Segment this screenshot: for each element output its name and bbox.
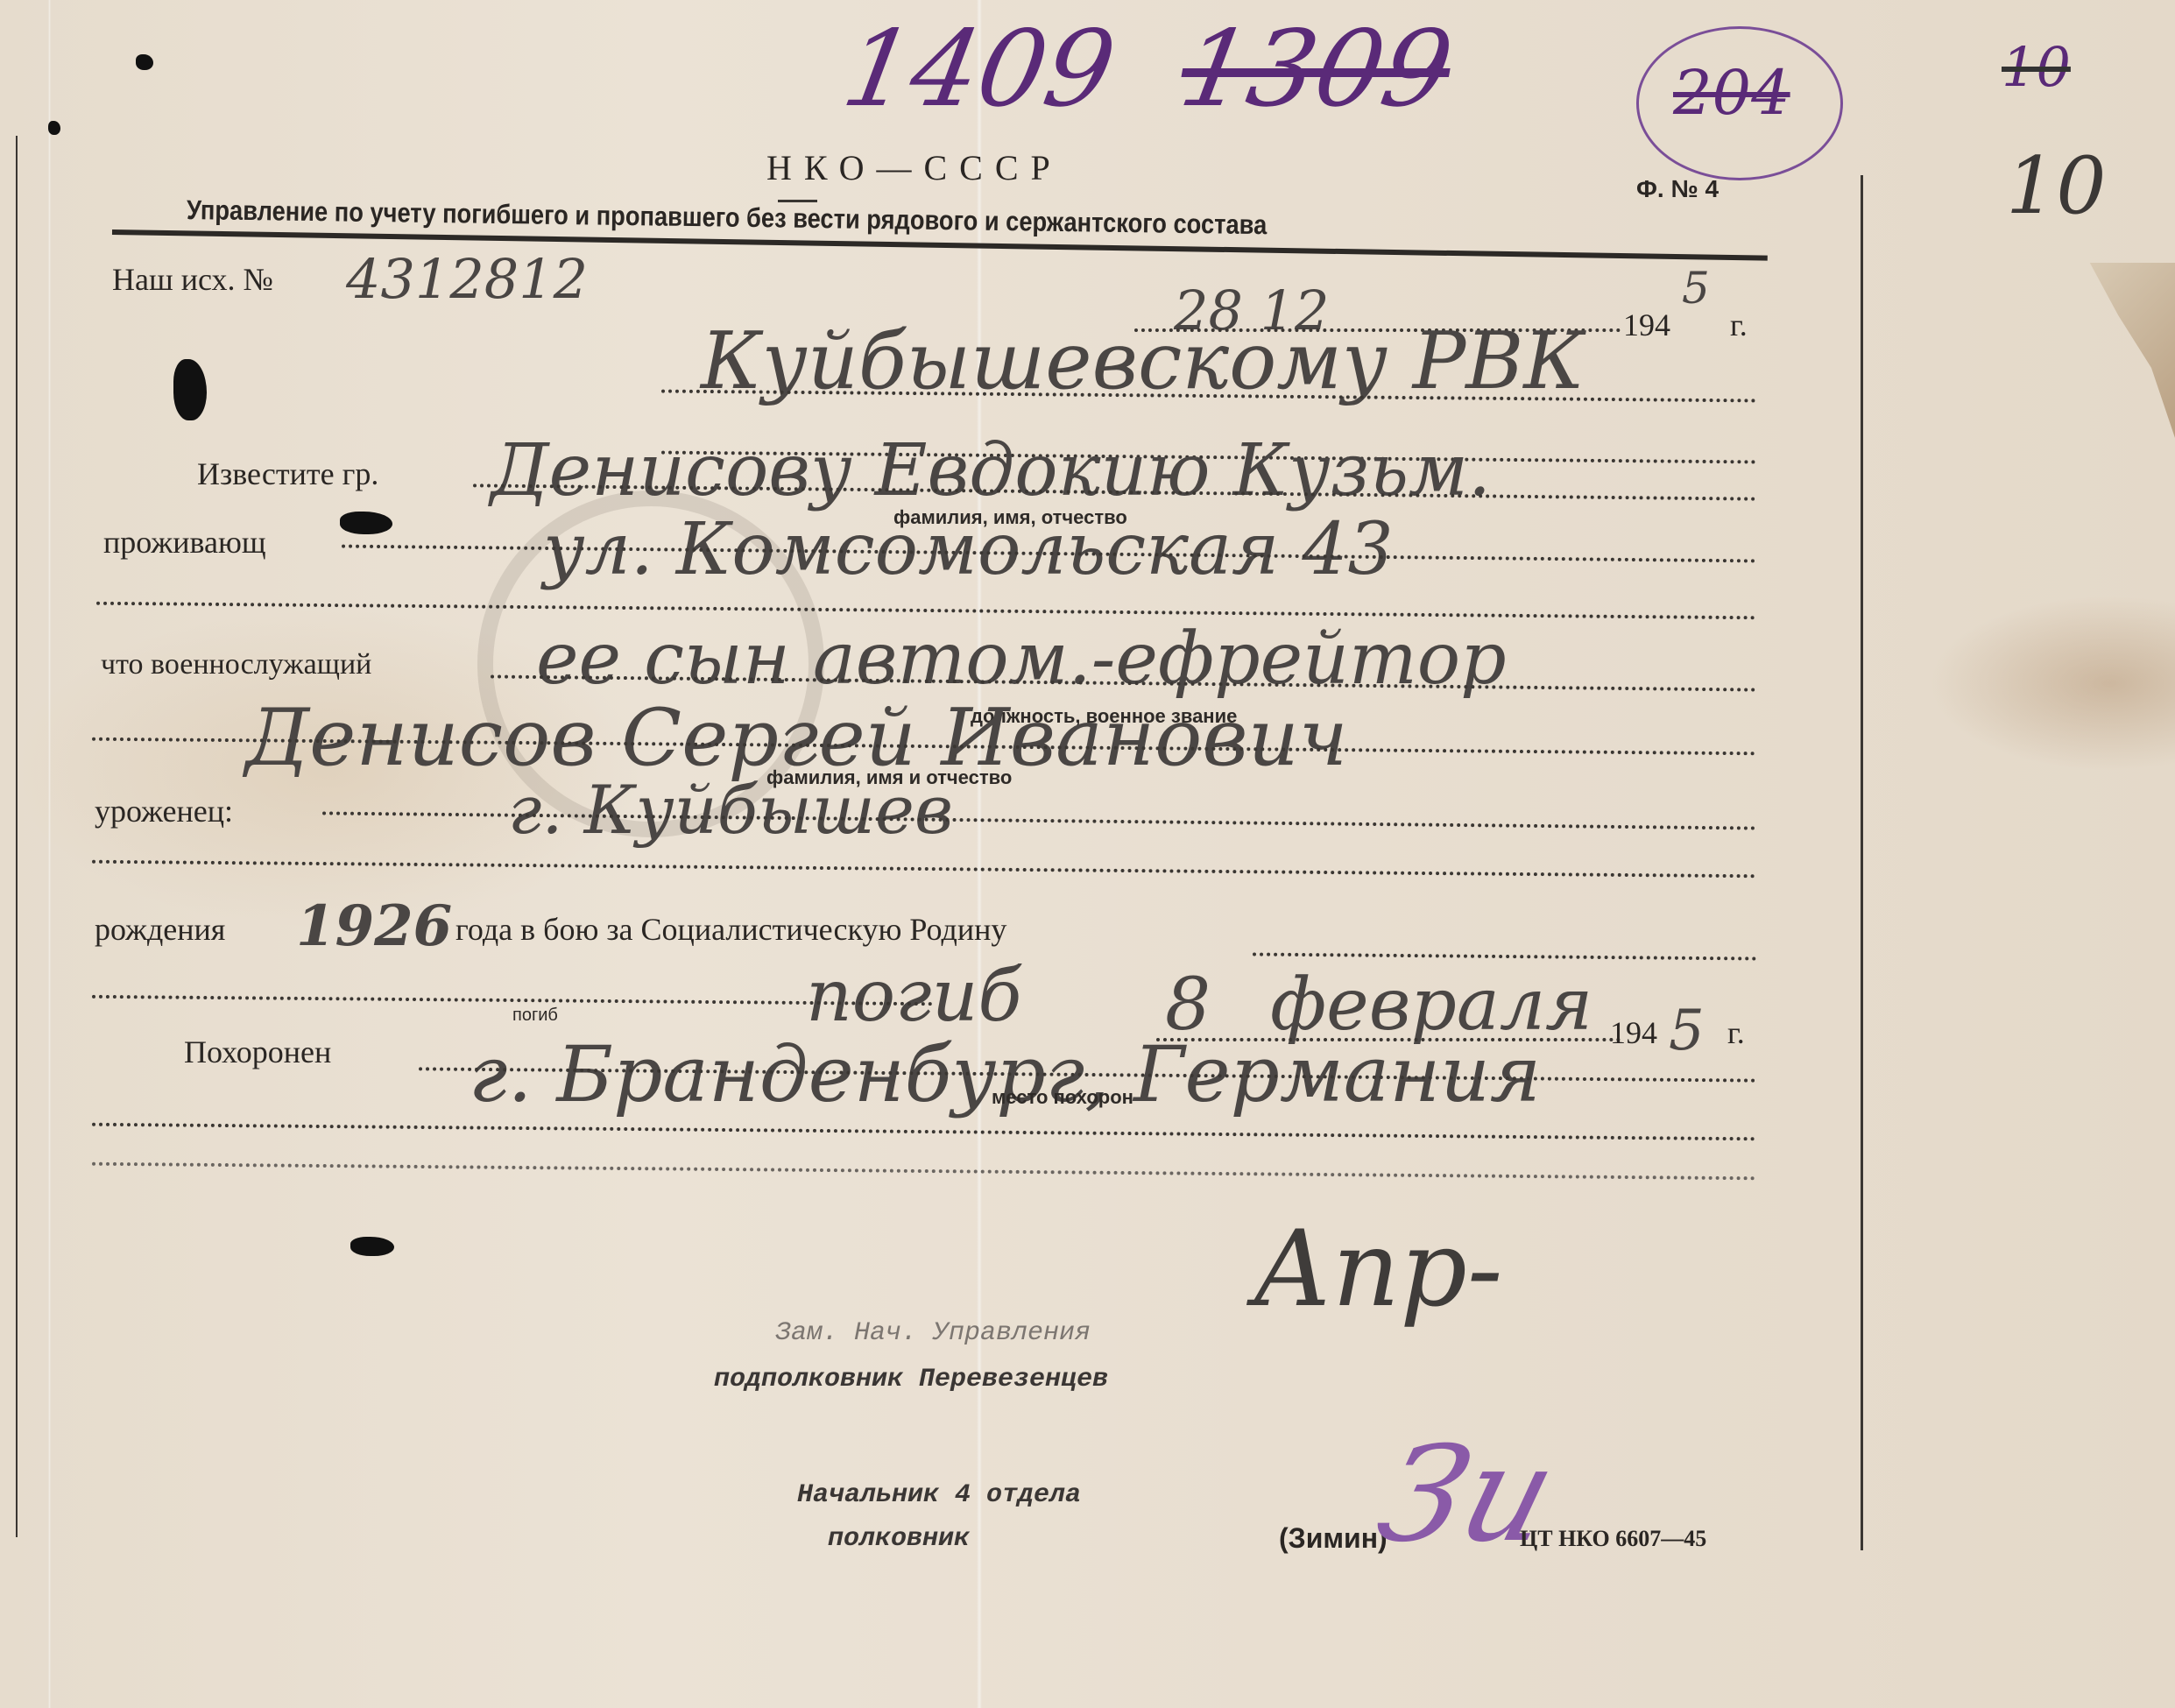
punch-hole [48, 121, 60, 135]
residing-label: проживающ [103, 524, 266, 561]
paper-fold [48, 0, 51, 1708]
struck-number: 1309 [1172, 9, 1461, 131]
battle-text: года в бою за Социалистическую Родину [455, 911, 1006, 948]
margin-line-left [16, 136, 18, 1537]
blank-line [92, 1162, 1756, 1181]
birth-label: рождения [95, 911, 225, 948]
margin-line-right [1861, 175, 1863, 1550]
torn-corner [2080, 263, 2175, 438]
died-value: погиб [806, 955, 1021, 1038]
died-year-unit: г. [1727, 1014, 1745, 1051]
buried-caption: место похорон [992, 1086, 1133, 1109]
notify-value: Денисову Евдокию Кузьм. [491, 429, 1491, 512]
notify-label: Известите гр. [197, 455, 378, 492]
paper-fold [977, 0, 982, 1708]
blank-line [92, 1123, 1756, 1141]
agency-title: НКО—СССР [766, 147, 1063, 188]
native-label: уроженец: [95, 793, 233, 829]
serviceman-value: ее сын автом.-ефрейтор [536, 618, 1507, 701]
deputy-title: Зам. Нач. Управления [775, 1318, 1091, 1348]
serviceman-label: что военнослужащий [101, 648, 371, 681]
circled-number: 204 [1673, 57, 1790, 129]
print-code: ЦТ НКО 6607—45 [1520, 1526, 1706, 1552]
blank-line [92, 860, 1756, 879]
punch-hole [340, 512, 392, 534]
chief-rank: полковник [828, 1524, 970, 1554]
corner-number: 10 [2006, 140, 2107, 232]
died-year-prefix: 194 [1610, 1014, 1657, 1051]
died-caption: погиб [512, 1006, 558, 1026]
year-suffix: 5 [1682, 263, 1710, 314]
year-prefix: 194 [1623, 307, 1670, 343]
buried-label: Похоронен [184, 1034, 331, 1070]
outgoing-no-value: 4312812 [346, 247, 588, 311]
punch-hole [173, 359, 207, 420]
native-value: г. Куйбышев [508, 771, 953, 849]
current-number: 1409 [835, 9, 1124, 131]
deputy-rank-name: подполковник Перевезенцев [714, 1365, 1108, 1394]
battle-line [1253, 952, 1756, 960]
year-unit: г. [1730, 307, 1748, 343]
form-number: Ф. № 4 [1636, 175, 1719, 203]
corner-struck-number: 10 [2002, 35, 2071, 99]
punch-hole [350, 1237, 394, 1256]
deputy-signature: Апр- [1253, 1209, 1503, 1330]
died-year-suffix: 5 [1669, 999, 1705, 1063]
punch-hole [136, 54, 153, 70]
outgoing-no-label: Наш исх. № [112, 261, 273, 298]
chief-title: Начальник 4 отдела [797, 1480, 1081, 1510]
birth-year: 1926 [296, 893, 452, 959]
